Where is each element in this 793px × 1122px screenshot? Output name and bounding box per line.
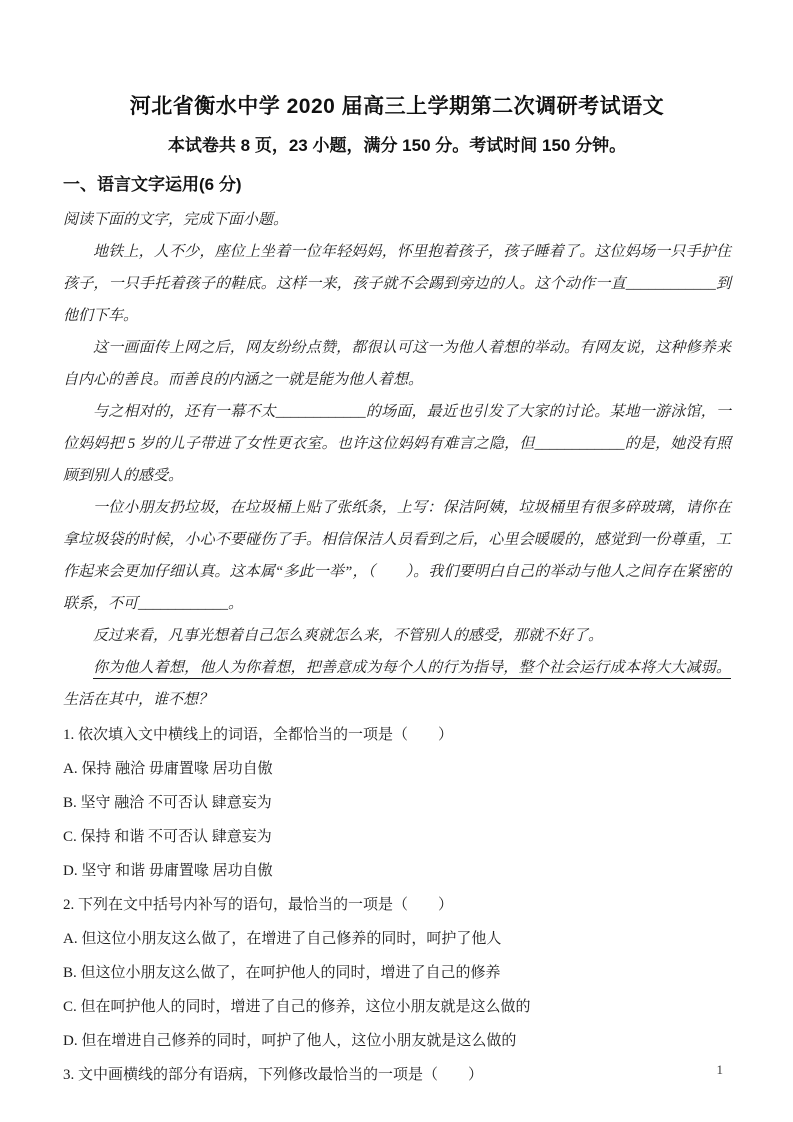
passage-text: 阅读下面的文字，完成下面小题。 (63, 212, 288, 228)
question-stem: 3. 文中画横线的部分有语病，下列修改最恰当的一项是（ ） (63, 1058, 731, 1092)
page-number: 1 (717, 1062, 724, 1078)
passage: 阅读下面的文字，完成下面小题。地铁上，人不少，座位上坐着一位年轻妈妈，怀里抱着孩… (63, 204, 731, 716)
question: 2. 下列在文中括号内补写的语句，最恰当的一项是（ ）A. 但这位小朋友这么做了… (63, 888, 731, 1058)
answer-option: C. 保持 和谐 不可否认 肆意妄为 (63, 820, 731, 854)
question: 3. 文中画横线的部分有语病，下列修改最恰当的一项是（ ） (63, 1058, 731, 1092)
passage-text: 这一画面传上网之后，网友纷纷点赞，都很认可这一为他人着想的举动。有网友说，这种修… (63, 340, 731, 388)
section-heading: 一、语言文字运用(6 分) (63, 172, 731, 198)
passage-text: 一位小朋友扔垃圾，在垃圾桶上贴了张纸条，上写：保洁阿姨，垃圾桶里有很多碎玻璃，请… (63, 500, 731, 612)
answer-option: A. 保持 融洽 毋庸置喙 居功自傲 (63, 752, 731, 786)
question-stem: 1. 依次填入文中横线上的词语，全都恰当的一项是（ ） (63, 718, 731, 752)
passage-paragraph: 阅读下面的文字，完成下面小题。 (63, 204, 731, 236)
question: 1. 依次填入文中横线上的词语，全都恰当的一项是（ ）A. 保持 融洽 毋庸置喙… (63, 718, 731, 888)
passage-paragraph: 一位小朋友扔垃圾，在垃圾桶上贴了张纸条，上写：保洁阿姨，垃圾桶里有很多碎玻璃，请… (63, 492, 731, 620)
answer-option: A. 但这位小朋友这么做了，在增进了自己修养的同时，呵护了他人 (63, 922, 731, 956)
page-subtitle: 本试卷共 8 页，23 小题，满分 150 分。考试时间 150 分钟。 (63, 134, 731, 158)
question-stem: 2. 下列在文中括号内补写的语句，最恰当的一项是（ ） (63, 888, 731, 922)
underlined-sentence: 你为他人着想，他人为你着想，把善意成为每个人的行为指导，整个社会运行成本将大大减… (93, 660, 731, 676)
passage-paragraph: 地铁上，人不少，座位上坐着一位年轻妈妈，怀里抱着孩子，孩子睡着了。这位妈场一只手… (63, 236, 731, 332)
answer-option: B. 但这位小朋友这么做了，在呵护他人的同时，增进了自己的修养 (63, 956, 731, 990)
questions: 1. 依次填入文中横线上的词语，全都恰当的一项是（ ）A. 保持 融洽 毋庸置喙… (63, 718, 731, 1092)
passage-text: 地铁上，人不少，座位上坐着一位年轻妈妈，怀里抱着孩子，孩子睡着了。这位妈场一只手… (63, 244, 731, 324)
passage-paragraph: 你为他人着想，他人为你着想，把善意成为每个人的行为指导，整个社会运行成本将大大减… (63, 652, 731, 716)
passage-text: 与之相对的，还有一幕不太____________的场面，最近也引发了大家的讨论。… (63, 404, 731, 484)
exam-page: 河北省衡水中学 2020 届高三上学期第二次调研考试语文 本试卷共 8 页，23… (0, 0, 793, 1122)
answer-option: B. 坚守 融洽 不可否认 肆意妄为 (63, 786, 731, 820)
page-title: 河北省衡水中学 2020 届高三上学期第二次调研考试语文 (63, 92, 731, 122)
answer-option: D. 但在增进自己修养的同时，呵护了他人，这位小朋友就是这么做的 (63, 1024, 731, 1058)
answer-option: D. 坚守 和谐 毋庸置喙 居功自傲 (63, 854, 731, 888)
passage-text: 生活在其中，谁不想？ (63, 692, 213, 708)
passage-paragraph: 反过来看，凡事光想着自己怎么爽就怎么来，不管别人的感受，那就不好了。 (63, 620, 731, 652)
passage-paragraph: 与之相对的，还有一幕不太____________的场面，最近也引发了大家的讨论。… (63, 396, 731, 492)
passage-paragraph: 这一画面传上网之后，网友纷纷点赞，都很认可这一为他人着想的举动。有网友说，这种修… (63, 332, 731, 396)
passage-text: 反过来看，凡事光想着自己怎么爽就怎么来，不管别人的感受，那就不好了。 (93, 628, 603, 644)
answer-option: C. 但在呵护他人的同时，增进了自己的修养，这位小朋友就是这么做的 (63, 990, 731, 1024)
